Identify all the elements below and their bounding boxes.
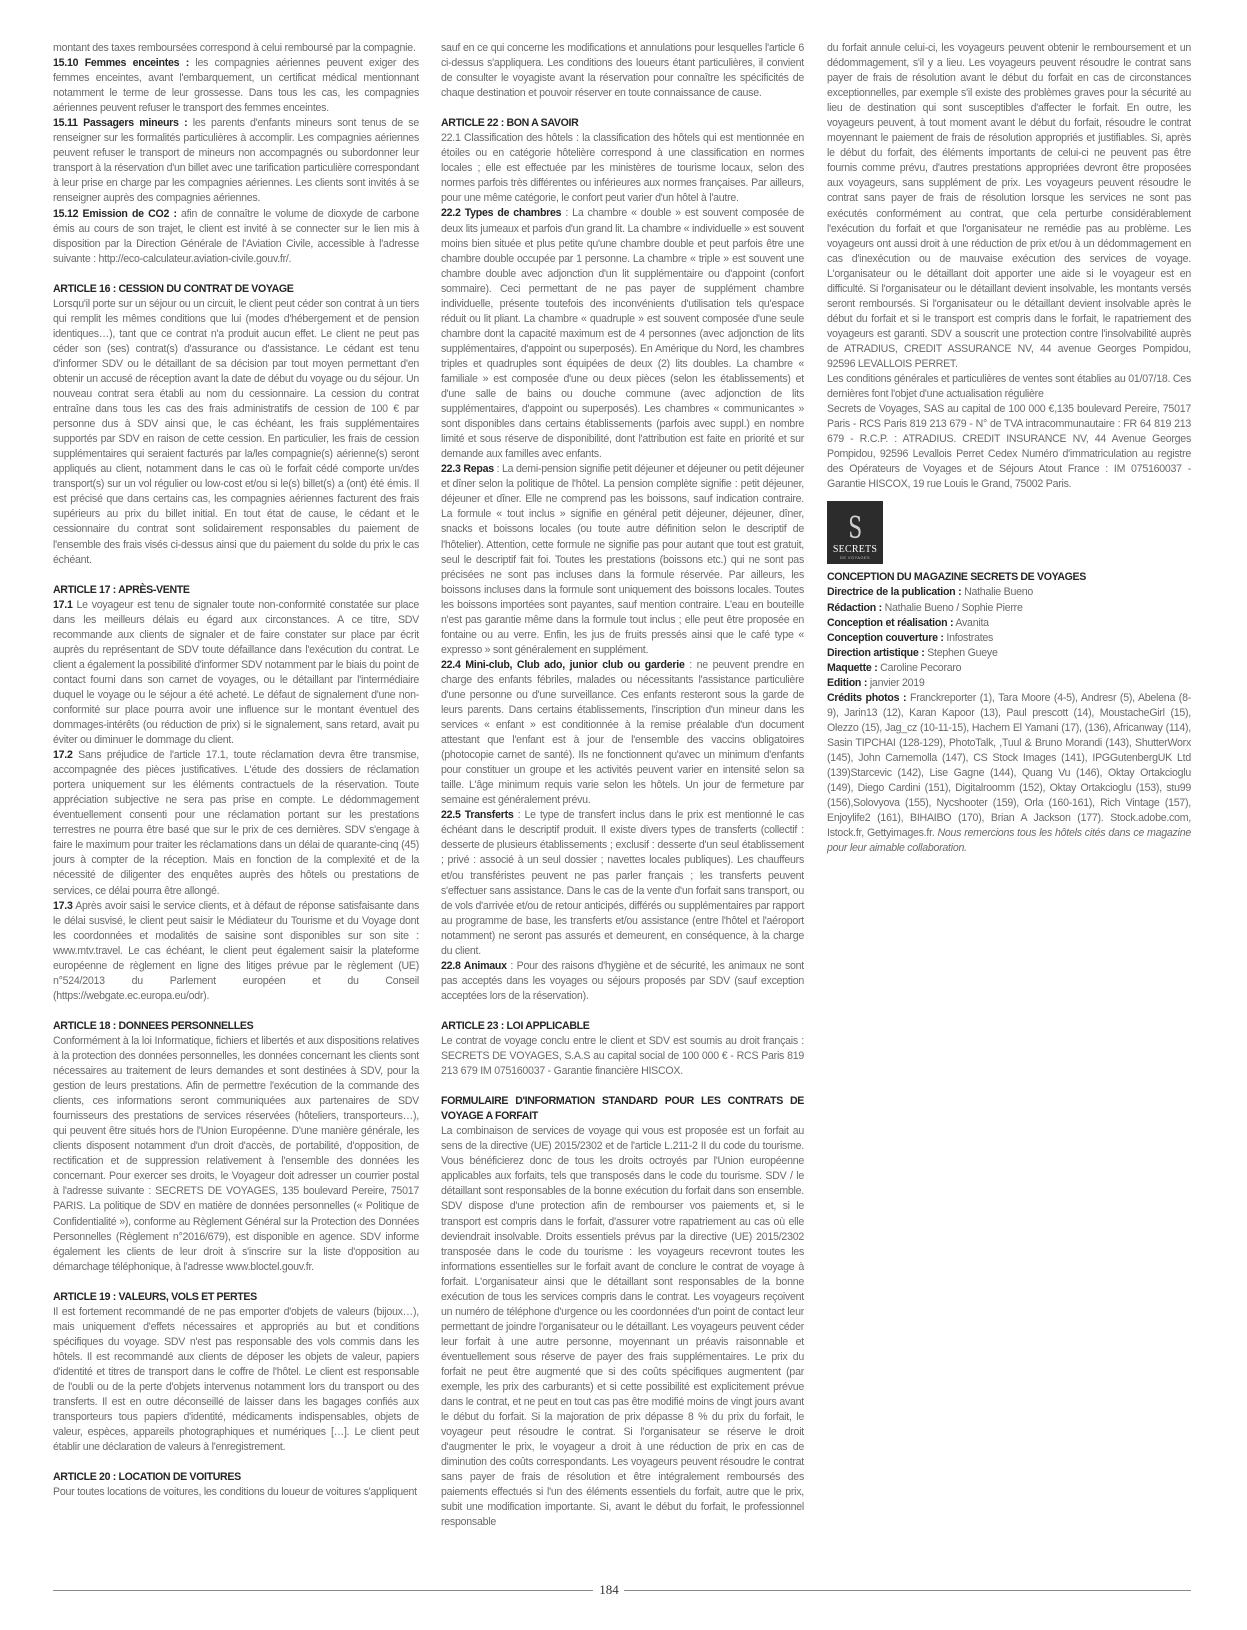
section-22-8: 22.8 Animaux : Pour des raisons d'hygièn… [441,959,804,1004]
section-22-4: 22.4 Mini-club, Club ado, junior club ou… [441,658,804,808]
photo-credits: Crédits photos : Franckreporter (1), Tar… [827,691,1191,857]
formulaire-heading: FORMULAIRE D'INFORMATION STANDARD POUR L… [441,1094,804,1124]
section-label: 15.11 Passagers mineurs : [53,117,187,129]
article-20-text: Pour toutes locations de voitures, les c… [53,1485,419,1500]
article-23-text: Le contrat de voyage conclu entre le cli… [441,1034,804,1079]
colophon-label: Directrice de la publication : [827,586,961,598]
credits-label: Crédits photos : [827,692,906,704]
colophon-value: Infostrates [944,632,993,644]
section-17-2: 17.2 Sans préjudice de l'article 17.1, t… [53,748,419,898]
section-text: Sans préjudice de l'article 17.1, toute … [53,749,419,896]
colophon-row: Maquette : Caroline Pecoraro [827,661,1191,676]
article-18-text: Conformément à la loi Informatique, fich… [53,1034,419,1275]
article-16-heading: ARTICLE 16 : CESSION DU CONTRAT DE VOYAG… [53,282,419,297]
footer-rule-right [624,1590,1191,1591]
colophon-value: Nathalie Bueno [961,586,1033,598]
paragraph: du forfait annule celui-ci, les voyageur… [827,41,1191,372]
spacer [53,1455,419,1470]
colophon-value: janvier 2019 [867,677,924,689]
section-label: 15.12 Emission de CO2 : [53,208,177,220]
article-16-text: Lorsqu'il porte sur un séjour ou un circ… [53,297,419,568]
colophon-row: Conception et réalisation : Avanita [827,616,1191,631]
secrets-de-voyages-logo: S SECRETS DE VOYAGES [827,501,883,564]
section-text: les parents d'enfants mineurs sont tenus… [53,117,419,204]
spacer [441,101,804,116]
colophon-row: Direction artistique : Stephen Gueye [827,646,1191,661]
spacer [441,1004,804,1019]
article-22-heading: ARTICLE 22 : BON A SAVOIR [441,116,804,131]
section-label: 22.3 Repas [441,463,494,475]
document-page: montant des taxes remboursées correspond… [0,0,1247,1630]
formulaire-text: La combinaison de services de voyage qui… [441,1124,804,1530]
section-22-5: 22.5 Transferts : Le type de transfert i… [441,808,804,958]
article-23-heading: ARTICLE 23 : LOI APPLICABLE [441,1019,804,1034]
section-15-10: 15.10 Femmes enceintes : les compagnies … [53,56,419,116]
colophon-label: Conception et réalisation : [827,617,953,629]
colophon-heading: CONCEPTION DU MAGAZINE SECRETS DE VOYAGE… [827,570,1191,585]
section-17-3: 17.3 Après avoir saisi le service client… [53,899,419,1004]
section-text: Après avoir saisi le service clients, et… [53,900,419,1002]
section-22-3: 22.3 Repas : La demi-pension signifie pe… [441,462,804,658]
spacer [441,1079,804,1094]
article-20-heading: ARTICLE 20 : LOCATION DE VOITURES [53,1470,419,1485]
article-18-heading: ARTICLE 18 : DONNEES PERSONNELLES [53,1019,419,1034]
colophon-label: Maquette : [827,662,877,674]
colophon-label: Direction artistique : [827,647,925,659]
section-15-12: 15.12 Emission de CO2 : afin de connaîtr… [53,207,419,267]
section-label: 22.5 Transferts [441,809,514,821]
section-label: 22.8 Animaux [441,960,507,972]
colophon-row: Rédaction : Nathalie Bueno / Sophie Pier… [827,601,1191,616]
section-text: : Le type de transfert inclus dans le pr… [441,809,804,956]
section-label: 17.2 [53,749,73,761]
logo-subtitle: DE VOYAGES [840,555,870,561]
paragraph: sauf en ce qui concerne les modification… [441,41,804,101]
section-label: 22.4 Mini-club, Club ado, junior club ou… [441,659,685,671]
colophon-value: Stephen Gueye [925,647,998,659]
colophon-value: Nathalie Bueno / Sophie Pierre [882,602,1023,614]
section-label: 17.3 [53,900,73,912]
spacer [53,1004,419,1019]
section-17-1: 17.1 Le voyageur est tenu de signaler to… [53,598,419,748]
colophon-value: Caroline Pecoraro [877,662,961,674]
section-label: 22.2 Types de chambres [441,207,561,219]
logo-letter: S [848,514,862,544]
page-number: 184 [594,1581,624,1599]
paragraph: montant des taxes remboursées correspond… [53,41,419,56]
article-17-heading: ARTICLE 17 : APRÈS-VENTE [53,583,419,598]
colophon-row: Directrice de la publication : Nathalie … [827,585,1191,600]
section-22-1: 22.1 Classification des hôtels : la clas… [441,131,804,206]
credits-text: Franckreporter (1), Tara Moore (4-5), An… [827,692,1191,839]
section-text: : La chambre « double » est souvent comp… [441,207,804,460]
section-label: 15.10 Femmes enceintes : [53,57,189,69]
colophon-label: Edition : [827,677,867,689]
article-19-heading: ARTICLE 19 : VALEURS, VOLS ET PERTES [53,1290,419,1305]
spacer [53,1275,419,1290]
section-text: : ne peuvent prendre en charge des enfan… [441,659,804,806]
colophon-row: Conception couverture : Infostrates [827,631,1191,646]
company-info: Secrets de Voyages, SAS au capital de 10… [827,402,1191,492]
text-column-left: montant des taxes remboursées correspond… [53,41,419,1500]
colophon-value: Avanita [953,617,989,629]
colophon-label: Rédaction : [827,602,882,614]
colophon-row: Edition : janvier 2019 [827,676,1191,691]
section-15-11: 15.11 Passagers mineurs : les parents d'… [53,116,419,206]
spacer [53,568,419,583]
spacer [53,267,419,282]
text-column-middle: sauf en ce qui concerne les modification… [441,41,804,1531]
section-text: Le voyageur est tenu de signaler toute n… [53,599,419,746]
article-19-text: Il est fortement recommandé de ne pas em… [53,1305,419,1455]
colophon-list: Directrice de la publication : Nathalie … [827,585,1191,856]
footer-rule-left [53,1590,593,1591]
section-22-2: 22.2 Types de chambres : La chambre « do… [441,206,804,462]
text-column-right: du forfait annule celui-ci, les voyageur… [827,41,1191,856]
section-label: 17.1 [53,599,73,611]
section-text: : La demi-pension signifie petit déjeune… [441,463,804,656]
paragraph: Les conditions générales et particulière… [827,372,1191,402]
colophon-label: Conception couverture : [827,632,944,644]
